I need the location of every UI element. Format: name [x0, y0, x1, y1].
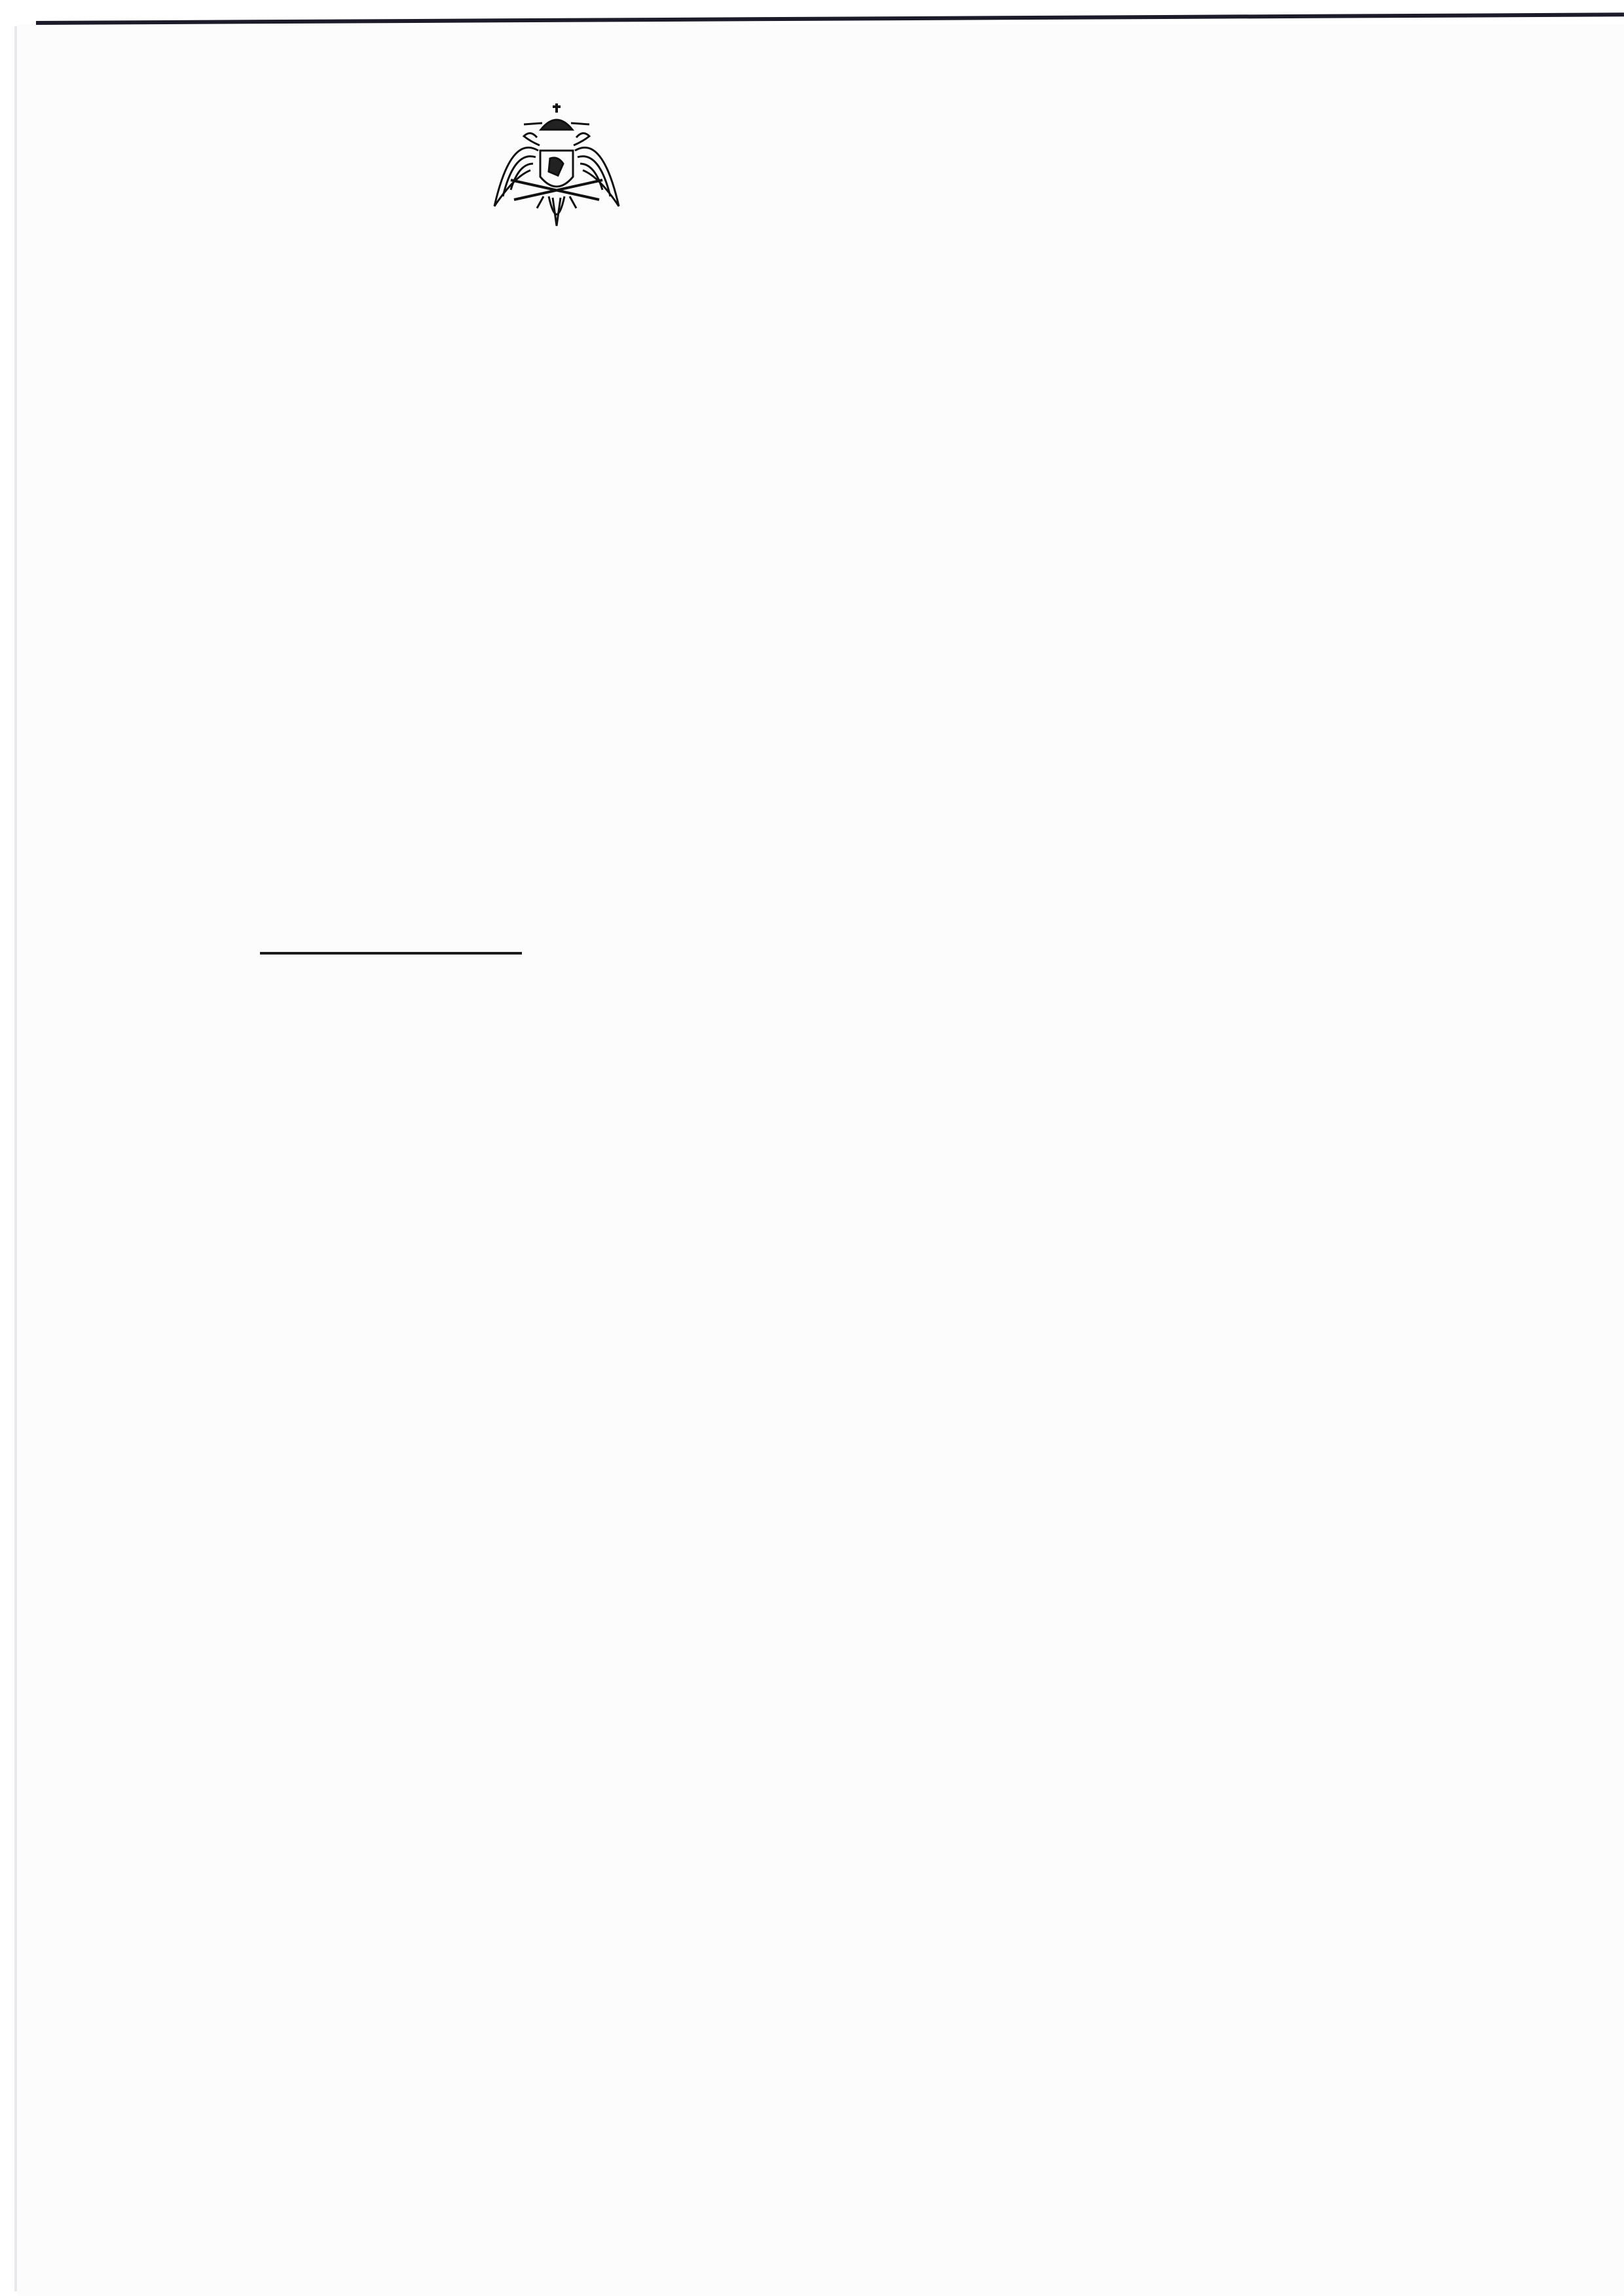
scan-top-edge — [36, 12, 1624, 25]
paper-sheet — [17, 25, 1624, 2296]
rosgvardia-emblem-icon — [485, 98, 629, 236]
date-underline — [260, 952, 522, 955]
